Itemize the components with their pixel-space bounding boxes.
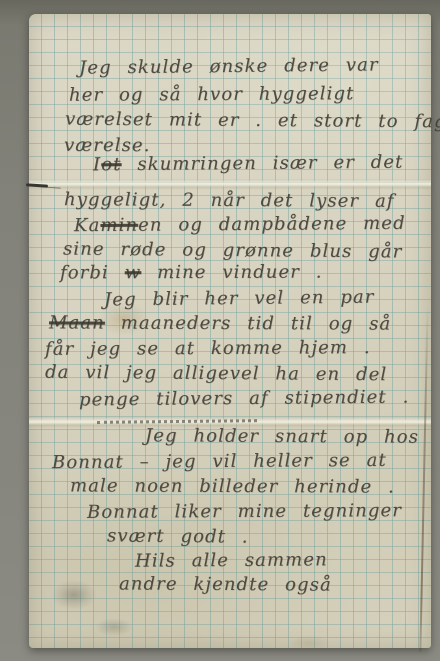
struck-out-word: min xyxy=(100,215,138,236)
handwriting-line-1: Jeg skulde ønske dere var xyxy=(79,54,379,79)
struck-out-word: w xyxy=(125,262,142,283)
handwriting-line-6: hyggeligt, 2 når det lyser af xyxy=(64,189,395,213)
handwritten-words: mine vinduer . xyxy=(157,262,323,284)
handwritten-words: Hils alle sammen xyxy=(135,549,328,571)
handwriting-line-5: Iot skumringen især er det xyxy=(93,152,404,177)
handwritten-words: og dampbådene med xyxy=(178,213,405,236)
handwritten-words: Bonnat liker mine tegninger xyxy=(87,500,402,523)
handwriting-line-11: Maan maaneders tid til og så xyxy=(49,312,391,335)
handwriting-line-2: her og så hvor hyggeligt xyxy=(69,83,355,106)
letter-paper: Jeg skulde ønske dere varher og så hvor … xyxy=(29,14,431,648)
handwritten-words: værelset mit er . et stort to fags xyxy=(65,109,440,133)
handwritten-words: maaneders tid til og så xyxy=(121,313,392,335)
handwritten-words: forbi xyxy=(60,262,109,283)
handwriting-line-10: Jeg blir her vel en par xyxy=(104,287,375,312)
handwriting-line-20: Hils alle sammen xyxy=(135,549,328,572)
handwriting-line-18: Bonnat liker mine tegninger xyxy=(87,500,402,524)
paper-smudge xyxy=(51,580,97,610)
handwriting-line-21: andre kjendte også xyxy=(119,573,332,596)
handwritten-words: Ka xyxy=(74,215,101,236)
handwritten-words: en xyxy=(138,215,163,236)
handwriting-line-13: da vil jeg alligevel ha en del xyxy=(45,362,387,386)
right-edge-crease xyxy=(419,304,428,652)
handwritten-words: Jeg skulde ønske dere var xyxy=(79,54,379,78)
handwritten-words: hyggeligt, 2 når det lyser af xyxy=(64,189,395,212)
handwriting-line-16: Bonnat – jeg vil heller se at xyxy=(52,450,387,474)
struck-out-word: ot xyxy=(101,154,121,175)
paper-smudge xyxy=(87,614,141,640)
handwriting-line-19: svært godt . xyxy=(107,525,249,548)
handwritten-words: male noen billeder herinde . xyxy=(70,475,395,497)
handwritten-words: værelse. xyxy=(64,135,151,156)
handwriting-line-8: sine røde og grønne blus går xyxy=(63,239,403,264)
handwritten-words: får jeg se at komme hjem . xyxy=(45,337,371,360)
crease-dotted-marks xyxy=(97,419,257,424)
handwritten-words: Bonnat – jeg vil heller se at xyxy=(52,450,387,473)
handwritten-words: Jeg blir her vel en par xyxy=(104,287,375,311)
handwriting-line-14: penge tilovers af stipendiet . xyxy=(79,387,410,412)
handwritten-words: da vil jeg alligevel ha en del xyxy=(45,362,387,385)
handwriting-line-12: får jeg se at komme hjem . xyxy=(45,337,371,361)
handwritten-words: andre kjendte også xyxy=(119,573,332,595)
handwriting-line-9: forbi w mine vinduer . xyxy=(60,262,323,285)
handwritten-words: sine røde og grønne blus går xyxy=(63,239,403,263)
handwriting-line-3: værelset mit er . et stort to fags xyxy=(65,109,440,134)
handwritten-words: her og så hvor hyggeligt xyxy=(69,83,355,105)
letter-photo-background: Jeg skulde ønske dere varher og så hvor … xyxy=(0,0,440,661)
handwriting-line-17: male noen billeder herinde . xyxy=(70,475,395,498)
paper-stain xyxy=(279,632,339,654)
handwritten-words: svært godt . xyxy=(107,525,249,547)
handwritten-words: penge tilovers af stipendiet . xyxy=(79,387,410,411)
struck-out-word: Maan xyxy=(49,312,105,333)
handwritten-words: Jeg holder snart op hos xyxy=(145,425,419,447)
handwriting-line-7: Kaminen og dampbådene med xyxy=(74,213,406,237)
fold-edge-mark xyxy=(26,183,48,188)
handwriting-line-15: Jeg holder snart op hos xyxy=(145,425,419,448)
handwritten-words: skumringen især er det xyxy=(137,152,403,175)
